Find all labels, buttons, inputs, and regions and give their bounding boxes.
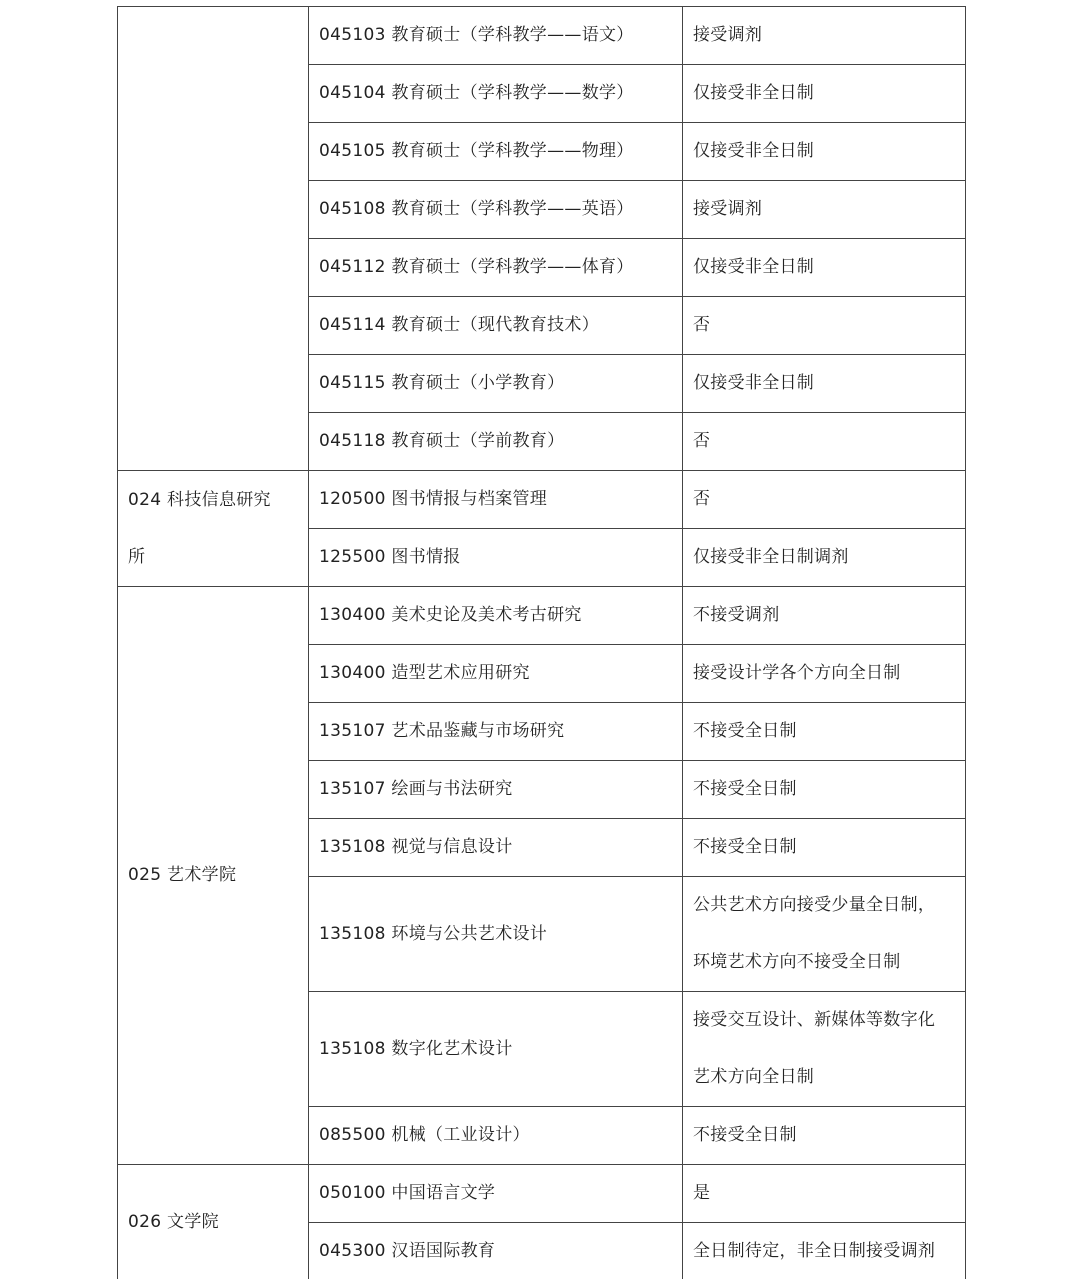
note-line: 环境艺术方向不接受全日制	[693, 934, 965, 991]
major-cell: 125500 图书情报	[309, 529, 683, 587]
note-cell: 接受设计学各个方向全日制	[683, 645, 966, 703]
note-cell: 是	[683, 1165, 966, 1223]
note-cell: 不接受调剂	[683, 587, 966, 645]
table-row: 045103 教育硕士（学科教学——语文） 接受调剂	[118, 7, 966, 65]
dept-label-line: 024 科技信息研究	[128, 472, 308, 529]
major-cell: 120500 图书情报与档案管理	[309, 471, 683, 529]
dept-cell: 024 科技信息研究 所	[118, 471, 309, 587]
major-cell: 045115 教育硕士（小学教育）	[309, 355, 683, 413]
table-row: 025 艺术学院 130400 美术史论及美术考古研究 不接受调剂	[118, 587, 966, 645]
major-cell: 130400 造型艺术应用研究	[309, 645, 683, 703]
major-cell: 130400 美术史论及美术考古研究	[309, 587, 683, 645]
note-cell: 仅接受非全日制调剂	[683, 529, 966, 587]
note-cell: 否	[683, 471, 966, 529]
major-cell: 135108 环境与公共艺术设计	[309, 877, 683, 992]
note-cell: 否	[683, 297, 966, 355]
note-cell: 仅接受非全日制	[683, 355, 966, 413]
major-cell: 045300 汉语国际教育	[309, 1223, 683, 1279]
major-cell: 045114 教育硕士（现代教育技术）	[309, 297, 683, 355]
table-row: 026 文学院 050100 中国语言文学 是	[118, 1165, 966, 1223]
note-cell: 接受调剂	[683, 7, 966, 65]
dept-cell-continued	[118, 7, 309, 471]
note-cell: 仅接受非全日制	[683, 123, 966, 181]
note-line: 接受交互设计、新媒体等数字化	[693, 992, 965, 1049]
note-cell: 仅接受非全日制	[683, 65, 966, 123]
note-cell: 接受交互设计、新媒体等数字化 艺术方向全日制	[683, 992, 966, 1107]
note-cell: 公共艺术方向接受少量全日制， 环境艺术方向不接受全日制	[683, 877, 966, 992]
major-cell: 135108 视觉与信息设计	[309, 819, 683, 877]
dept-label-line: 所	[128, 529, 308, 586]
major-cell: 085500 机械（工业设计）	[309, 1107, 683, 1165]
note-cell: 不接受全日制	[683, 761, 966, 819]
note-line: 艺术方向全日制	[693, 1049, 965, 1106]
major-cell: 135107 绘画与书法研究	[309, 761, 683, 819]
note-cell: 全日制待定，非全日制接受调剂	[683, 1223, 966, 1279]
adjustment-table: 045103 教育硕士（学科教学——语文） 接受调剂 045104 教育硕士（学…	[117, 6, 966, 1279]
major-cell: 135107 艺术品鉴藏与市场研究	[309, 703, 683, 761]
note-line: 公共艺术方向接受少量全日制，	[693, 877, 965, 934]
note-cell: 否	[683, 413, 966, 471]
note-cell: 不接受全日制	[683, 1107, 966, 1165]
major-cell: 045112 教育硕士（学科教学——体育）	[309, 239, 683, 297]
major-cell: 045118 教育硕士（学前教育）	[309, 413, 683, 471]
major-cell: 045105 教育硕士（学科教学——物理）	[309, 123, 683, 181]
table-row: 024 科技信息研究 所 120500 图书情报与档案管理 否	[118, 471, 966, 529]
major-cell: 135108 数字化艺术设计	[309, 992, 683, 1107]
major-cell: 045104 教育硕士（学科教学——数学）	[309, 65, 683, 123]
note-cell: 接受调剂	[683, 181, 966, 239]
major-cell: 050100 中国语言文学	[309, 1165, 683, 1223]
major-cell: 045108 教育硕士（学科教学——英语）	[309, 181, 683, 239]
dept-cell: 026 文学院	[118, 1165, 309, 1279]
major-cell: 045103 教育硕士（学科教学——语文）	[309, 7, 683, 65]
dept-cell: 025 艺术学院	[118, 587, 309, 1165]
note-cell: 不接受全日制	[683, 703, 966, 761]
note-cell: 不接受全日制	[683, 819, 966, 877]
note-cell: 仅接受非全日制	[683, 239, 966, 297]
